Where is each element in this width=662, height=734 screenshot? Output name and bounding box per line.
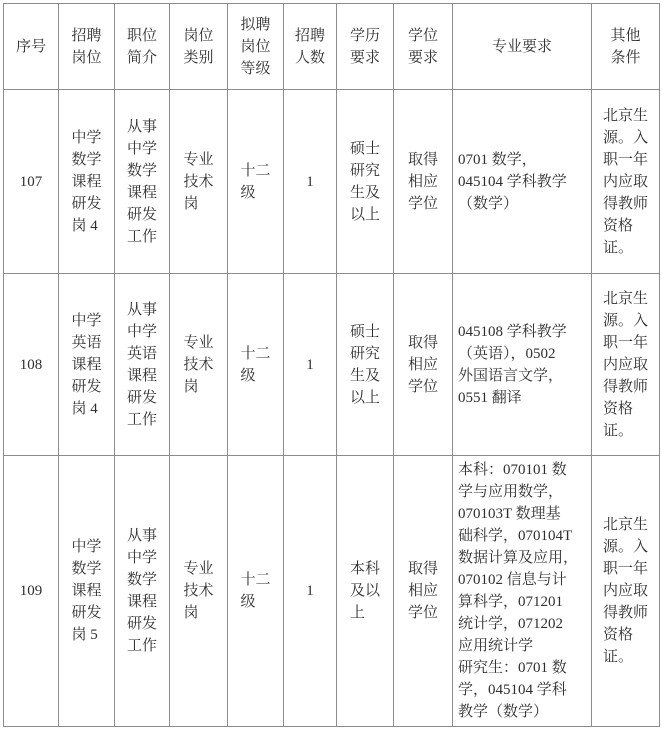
cell-degree-text: 取得 相应 学位 <box>408 332 438 398</box>
cell-headcount: 1 <box>284 456 337 727</box>
table-row-107: 107 中学 数学 课程 研发 岗 4 从事 中学 数学 课程 研发 工作 专业… <box>4 90 660 274</box>
cell-headcount-text: 1 <box>306 354 314 376</box>
cell-education: 硕士 研究 生及 以上 <box>337 274 394 456</box>
cell-seq: 108 <box>4 274 59 456</box>
cell-category: 专业 技术 岗 <box>170 90 228 274</box>
cell-position: 中学 数学 课程 研发 岗 5 <box>59 456 115 727</box>
cell-grade: 十二 级 <box>228 90 284 274</box>
col-header-other: 其他 条件 <box>592 4 660 90</box>
cell-position-text: 中学 数学 课程 研发 岗 4 <box>71 127 101 237</box>
col-header-category: 岗位 类别 <box>170 4 228 90</box>
cell-position: 中学 数学 课程 研发 岗 4 <box>59 90 115 274</box>
col-header-seq-label: 序号 <box>16 36 46 58</box>
cell-category: 专业 技术 岗 <box>170 456 228 727</box>
cell-seq-text: 109 <box>20 580 43 602</box>
cell-headcount: 1 <box>284 274 337 456</box>
col-header-other-label: 其他 条件 <box>610 25 640 69</box>
cell-education-text: 硕士 研究 生及 以上 <box>350 138 380 226</box>
cell-position-text: 中学 数学 课程 研发 岗 5 <box>71 536 101 646</box>
col-header-grade: 拟聘 岗位 等级 <box>228 4 284 90</box>
cell-grade-text: 十二 级 <box>240 343 270 387</box>
cell-duty: 从事 中学 数学 课程 研发 工作 <box>115 456 170 727</box>
col-header-seq: 序号 <box>4 4 59 90</box>
cell-major: 本科：070101 数 学与应用数学， 070103T 数理基 础科学，0701… <box>453 456 592 727</box>
cell-category-text: 专业 技术 岗 <box>183 558 213 624</box>
cell-grade: 十二 级 <box>228 456 284 727</box>
table-row-109: 109 中学 数学 课程 研发 岗 5 从事 中学 数学 课程 研发 工作 专业… <box>4 456 660 727</box>
cell-degree: 取得 相应 学位 <box>394 274 453 456</box>
cell-headcount-text: 1 <box>306 171 314 193</box>
cell-category-text: 专业 技术 岗 <box>183 332 213 398</box>
cell-category: 专业 技术 岗 <box>170 274 228 456</box>
col-header-duty: 职位 简介 <box>115 4 170 90</box>
cell-other-text: 北京生 源。入 职一年 内应取 得教师 资格 证。 <box>603 514 648 668</box>
cell-degree: 取得 相应 学位 <box>394 90 453 274</box>
cell-position-text: 中学 英语 课程 研发 岗 4 <box>71 310 101 420</box>
col-header-degree: 学位 要求 <box>394 4 453 90</box>
cell-category-text: 专业 技术 岗 <box>183 149 213 215</box>
cell-seq: 109 <box>4 456 59 727</box>
cell-degree-text: 取得 相应 学位 <box>408 149 438 215</box>
table-row-108: 108 中学 英语 课程 研发 岗 4 从事 中学 英语 课程 研发 工作 专业… <box>4 274 660 456</box>
cell-duty-text: 从事 中学 数学 课程 研发 工作 <box>127 525 157 657</box>
cell-seq: 107 <box>4 90 59 274</box>
cell-other: 北京生 源。入 职一年 内应取 得教师 资格 证。 <box>592 274 660 456</box>
document-page: 序号 招聘 岗位 职位 简介 岗位 类别 拟聘 岗位 等级 招聘 人数 学历 要… <box>0 0 662 734</box>
cell-grade: 十二 级 <box>228 274 284 456</box>
col-header-position-label: 招聘 岗位 <box>71 25 101 69</box>
cell-duty-text: 从事 中学 英语 课程 研发 工作 <box>127 299 157 431</box>
col-header-position: 招聘 岗位 <box>59 4 115 90</box>
cell-duty: 从事 中学 数学 课程 研发 工作 <box>115 90 170 274</box>
col-header-headcount: 招聘 人数 <box>284 4 337 90</box>
col-header-education-label: 学历 要求 <box>350 25 380 69</box>
col-header-category-label: 岗位 类别 <box>183 25 213 69</box>
cell-education: 本科 及以 上 <box>337 456 394 727</box>
cell-headcount: 1 <box>284 90 337 274</box>
cell-education: 硕士 研究 生及 以上 <box>337 90 394 274</box>
cell-grade-text: 十二 级 <box>240 569 270 613</box>
cell-major-text: 本科：070101 数 学与应用数学， 070103T 数理基 础科学，0701… <box>458 459 578 723</box>
cell-degree: 取得 相应 学位 <box>394 456 453 727</box>
cell-seq-text: 108 <box>20 354 43 376</box>
cell-education-text: 本科 及以 上 <box>350 558 380 624</box>
table-header-row: 序号 招聘 岗位 职位 简介 岗位 类别 拟聘 岗位 等级 招聘 人数 学历 要… <box>4 4 660 90</box>
cell-grade-text: 十二 级 <box>240 160 270 204</box>
cell-other-text: 北京生 源。入 职一年 内应取 得教师 资格 证。 <box>603 288 648 442</box>
col-header-major-label: 专业要求 <box>492 36 552 58</box>
cell-education-text: 硕士 研究 生及 以上 <box>350 321 380 409</box>
cell-degree-text: 取得 相应 学位 <box>408 558 438 624</box>
cell-major-text: 0701 数学， 045104 学科教学 （数学） <box>458 149 567 215</box>
cell-duty: 从事 中学 英语 课程 研发 工作 <box>115 274 170 456</box>
cell-headcount-text: 1 <box>306 580 314 602</box>
col-header-duty-label: 职位 简介 <box>127 25 157 69</box>
col-header-headcount-label: 招聘 人数 <box>295 25 325 69</box>
col-header-education: 学历 要求 <box>337 4 394 90</box>
cell-seq-text: 107 <box>20 171 43 193</box>
col-header-major: 专业要求 <box>453 4 592 90</box>
cell-position: 中学 英语 课程 研发 岗 4 <box>59 274 115 456</box>
col-header-degree-label: 学位 要求 <box>408 25 438 69</box>
cell-other: 北京生 源。入 职一年 内应取 得教师 资格 证。 <box>592 90 660 274</box>
cell-other-text: 北京生 源。入 职一年 内应取 得教师 资格 证。 <box>603 105 648 259</box>
cell-other: 北京生 源。入 职一年 内应取 得教师 资格 证。 <box>592 456 660 727</box>
cell-major-text: 045108 学科教学 （英语），0502 外国语言文学， 0551 翻译 <box>458 321 567 409</box>
cell-major: 045108 学科教学 （英语），0502 外国语言文学， 0551 翻译 <box>453 274 592 456</box>
cell-duty-text: 从事 中学 数学 课程 研发 工作 <box>127 116 157 248</box>
recruitment-positions-table: 序号 招聘 岗位 职位 简介 岗位 类别 拟聘 岗位 等级 招聘 人数 学历 要… <box>3 3 660 727</box>
cell-major: 0701 数学， 045104 学科教学 （数学） <box>453 90 592 274</box>
col-header-grade-label: 拟聘 岗位 等级 <box>240 14 270 80</box>
